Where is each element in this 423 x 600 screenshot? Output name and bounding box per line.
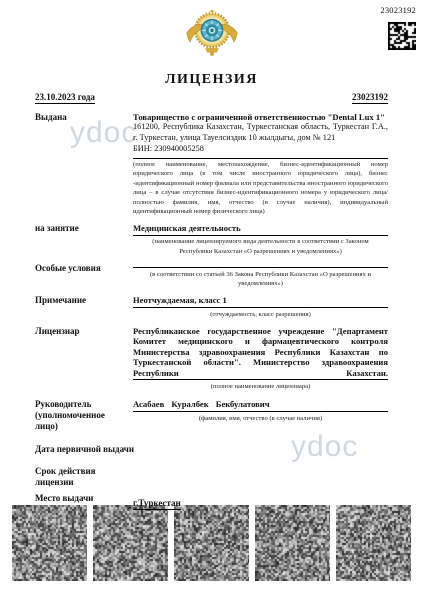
licensor-value: Республиканское государственное учрежден… — [133, 326, 388, 380]
license-number: 23023192 — [352, 92, 388, 104]
field-label: Руководитель (уполномоченное лицо) — [35, 399, 133, 432]
head-name: Асабаев Куралбек Бекбулатович — [133, 399, 388, 412]
licensee-address: 161200, Республика Казахстан, Туркестанс… — [133, 122, 388, 144]
field-head: Руководитель (уполномоченное лицо) Асаба… — [35, 399, 388, 432]
field-note: (полное наименование, местонахождение, б… — [133, 160, 388, 216]
field-issued-to: Выдана Товарищество с ограниченной ответ… — [35, 112, 388, 217]
field-remark: Примечание Неотчуждаемая, класс 1 (отчуж… — [35, 295, 388, 319]
field-label: Выдана — [35, 112, 133, 123]
field-note: (наименование лицензируемого вида деятел… — [133, 237, 388, 256]
field-note: (полное наименование лицензиара) — [133, 382, 388, 391]
field-validity: Срок действия лицензии — [35, 466, 388, 488]
divider — [133, 157, 388, 159]
issue-place-value: г.Туркестан — [133, 498, 181, 510]
barcode-1 — [12, 505, 87, 581]
field-note: (в соответствии со статьей 36 Закона Рес… — [133, 270, 388, 289]
licensee-name: Товарищество с ограниченной ответственно… — [133, 112, 388, 123]
kazakhstan-coat-of-arms-icon — [0, 7, 423, 62]
page-title: ЛИЦЕНЗИЯ — [0, 72, 423, 88]
barcode-strip — [12, 505, 411, 581]
field-label: Лицензиар — [35, 326, 133, 337]
barcode-3 — [174, 505, 249, 581]
barcode-5 — [336, 505, 411, 581]
remark-value: Неотчуждаемая, класс 1 — [133, 295, 388, 308]
barcode-2 — [93, 505, 168, 581]
special-conditions-value — [133, 263, 388, 268]
field-label: Место выдачи — [35, 493, 133, 504]
field-first-issue-date: Дата первичной выдачи — [35, 444, 388, 455]
field-special-conditions: Особые условия (в соответствии со статье… — [35, 263, 388, 288]
licensee-bin: БИН: 230940005258 — [133, 144, 388, 155]
document-number-top: 23023192 — [380, 5, 416, 15]
field-activity: на занятие Медицинская деятельность (наи… — [35, 223, 388, 256]
field-label: Особые условия — [35, 263, 133, 274]
field-note: (фамилия, имя, отчество (в случае наличи… — [133, 414, 388, 423]
barcode-4 — [255, 505, 330, 581]
activity-value: Медицинская деятельность — [133, 223, 388, 236]
issue-date: 23.10.2023 года — [35, 92, 95, 104]
field-label: на занятие — [35, 223, 133, 234]
field-licensor: Лицензиар Республиканское государственно… — [35, 326, 388, 391]
date-number-row: 23.10.2023 года 23023192 — [35, 92, 388, 104]
field-note: (отчуждаемость, класс разрешения) — [133, 310, 388, 319]
license-document: ydoc ydoc 23023192 ЛИЦ — [0, 0, 423, 600]
field-label: Примечание — [35, 295, 133, 306]
field-label: Срок действия лицензии — [35, 466, 133, 488]
field-label: Дата первичной выдачи — [35, 444, 175, 455]
field-issue-place: Место выдачи г.Туркестан — [35, 493, 388, 511]
